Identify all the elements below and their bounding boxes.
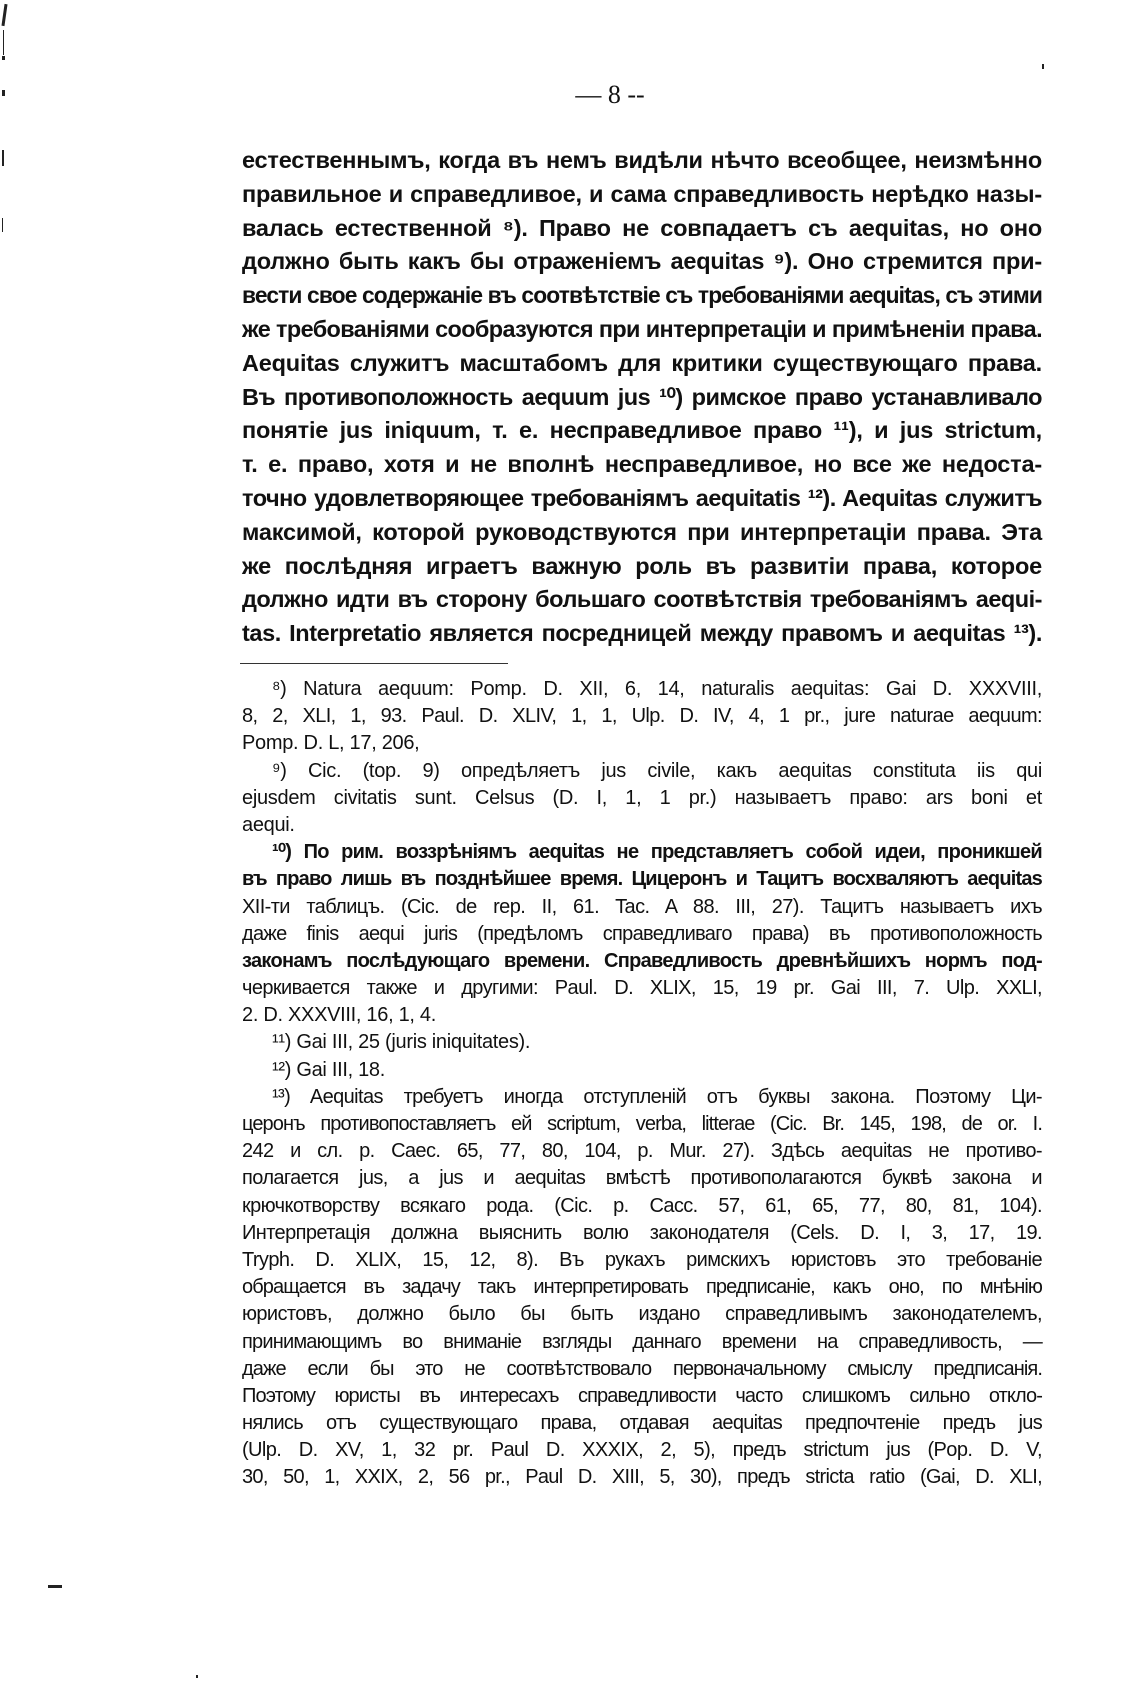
footnote-line: юристовъ, должно было бы быть издано спр… [242,1301,1042,1328]
footnote-line: церонъ противопоставляетъ ей scriptum, v… [242,1111,1042,1138]
footnote-line: Интерпретація должна выяснить волю закон… [242,1220,1042,1247]
footnotes: ⁸) Natura aequum: Pomp. D. XII, 6, 14, n… [242,676,1042,1492]
footnote-line: Tryph. D. XLIX, 15, 12, 8). Въ рукахъ ри… [242,1247,1042,1274]
footnote-line: 2. D. XXXVIII, 16, 1, 4. [242,1002,1042,1029]
footnote-11: ¹¹) Gai III, 25 (juris iniquitates). [242,1029,1042,1056]
footnote-line: законамъ послѣдующаго времени. Справедли… [242,948,1042,975]
text-line: же послѣдняя играетъ важную роль въ разв… [242,550,1042,584]
footnote-10: ¹⁰) По рим. воззрѣніямъ aequitas не пред… [242,839,1042,866]
footnote-12: ¹²) Gai III, 18. [242,1057,1042,1084]
footnote-line: обращается въ задачу такъ интерпретирова… [242,1274,1042,1301]
footnote-13: ¹³) Aequitas требуетъ иногда отступленій… [242,1084,1042,1111]
text-line: должно идти въ сторону большаго соотвѣтс… [242,583,1042,617]
footnote-line: даже если бы это не соотвѣтствовало перв… [242,1356,1042,1383]
scan-edge-mark [3,30,4,55]
footnote-line: 8, 2, XLI, 1, 93. Paul. D. XLIV, 1, 1, U… [242,703,1042,730]
footnote-line: Pomp. D. L, 17, 206, [242,730,1042,757]
scan-edge-mark [1042,64,1044,69]
text-line: Въ противоположность aequum jus ¹⁰) римс… [242,381,1042,415]
scan-edge-mark [2,90,5,96]
main-text: естественнымъ, когда въ немъ видѣли нѣчт… [242,144,1042,651]
scan-edge-mark [2,56,5,60]
footnote-separator [246,663,508,665]
footnote-9: ⁹) Cic. (top. 9) опредѣляетъ jus civile,… [242,758,1042,785]
text-line: точно удовлетворяющее требованіямъ aequi… [242,482,1042,516]
footnote-line: полагается jus, а jus и aequitas вмѣстѣ … [242,1165,1042,1192]
text-line: вести свое содержаніе въ соотвѣтствіе съ… [242,279,1042,313]
scan-edge-mark [2,218,3,232]
footnote-line: даже finis aequi juris (предѣломъ справе… [242,921,1042,948]
scan-edge-mark [196,1675,198,1678]
text-line: естественнымъ, когда въ немъ видѣли нѣчт… [242,144,1042,178]
text-line: понятіе jus iniquum, т. е. несправедливо… [242,414,1042,448]
footnote-line: крючкотворству всякаго рода. (Cic. p. Ca… [242,1193,1042,1220]
page-number: — 8 -- [40,80,1140,110]
text-line: tas. Interpretatio является посредницей … [242,617,1042,651]
footnote-line: (Ulp. D. XV, 1, 32 pr. Paul D. XXXIX, 2,… [242,1437,1042,1464]
text-line: т. е. право, хотя и не вполнѣ несправедл… [242,448,1042,482]
footnote-line: aequi. [242,812,1042,839]
text-line: правильное и справедливое, и сама справе… [242,178,1042,212]
footnote-line: 30, 50, 1, XXIX, 2, 56 pr., Paul D. XIII… [242,1464,1042,1491]
footnote-line: Поэтому юристы въ интересахъ справедливо… [242,1383,1042,1410]
text-line: максимой, которой руководствуются при ин… [242,516,1042,550]
footnote-line: черкивается также и другими: Paul. D. XL… [242,975,1042,1002]
footnote-8: ⁸) Natura aequum: Pomp. D. XII, 6, 14, n… [242,676,1042,703]
scan-edge-mark [1,4,7,26]
footnote-line: принимающимъ во вниманіе взгляды даннаго… [242,1329,1042,1356]
footnote-line: XII-ти таблицъ. (Cic. de rep. II, 61. Ta… [242,894,1042,921]
text-line: же требованіями сообразуются при интерпр… [242,313,1042,347]
text-line: валась естественной ⁸). Право не совпада… [242,212,1042,246]
footnote-line: въ право лишь въ позднѣйшее время. Цицер… [242,866,1042,893]
footnote-line: ejusdem civitatis sunt. Celsus (D. I, 1,… [242,785,1042,812]
scan-edge-mark [48,1585,62,1588]
text-line: должно быть какъ бы отраженіемъ aequitas… [242,245,1042,279]
text-line: Aequitas служитъ масштабомъ для критики … [242,347,1042,381]
footnote-line: 242 и сл. p. Caec. 65, 77, 80, 104, p. M… [242,1138,1042,1165]
footnote-line: нялись отъ существующаго права, отдавая … [242,1410,1042,1437]
scan-edge-mark [2,150,4,166]
